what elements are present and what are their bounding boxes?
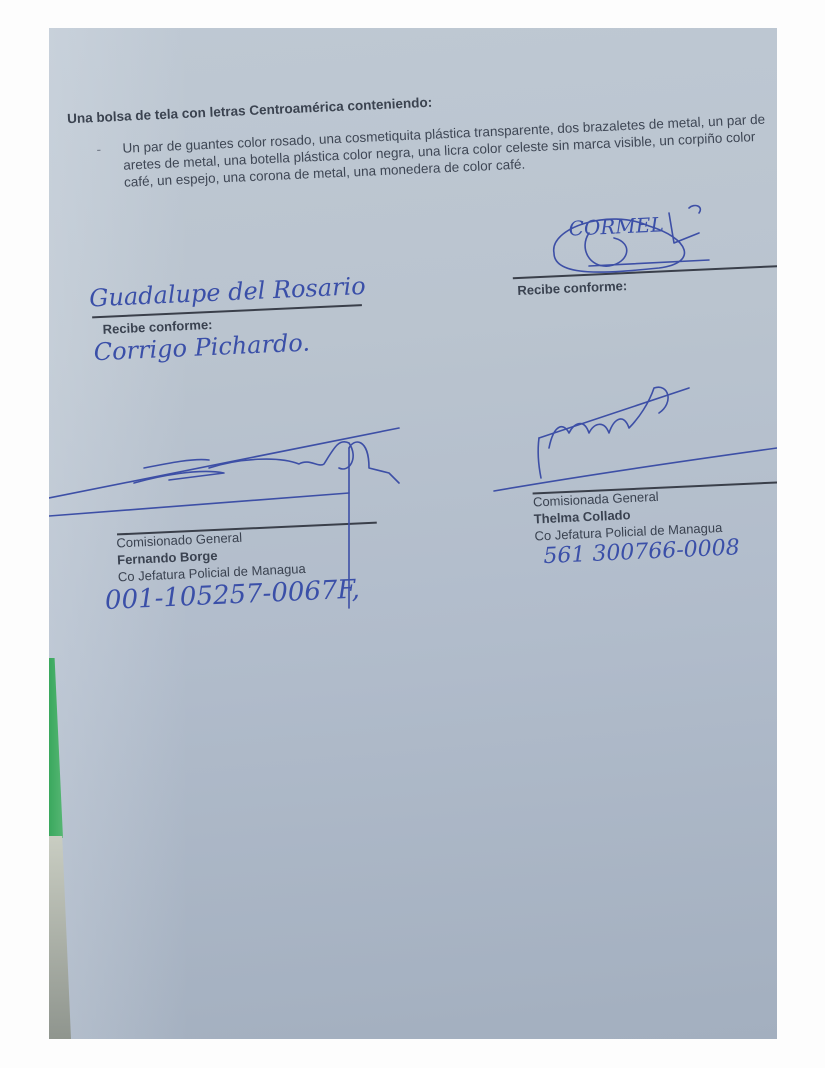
signature-right-official xyxy=(494,387,777,491)
signature-left-official xyxy=(49,428,399,608)
document-photo: Una bolsa de tela con letras Centroaméri… xyxy=(49,28,777,1039)
signature-strokes xyxy=(49,28,777,1039)
signature-right-receiver xyxy=(554,206,709,273)
